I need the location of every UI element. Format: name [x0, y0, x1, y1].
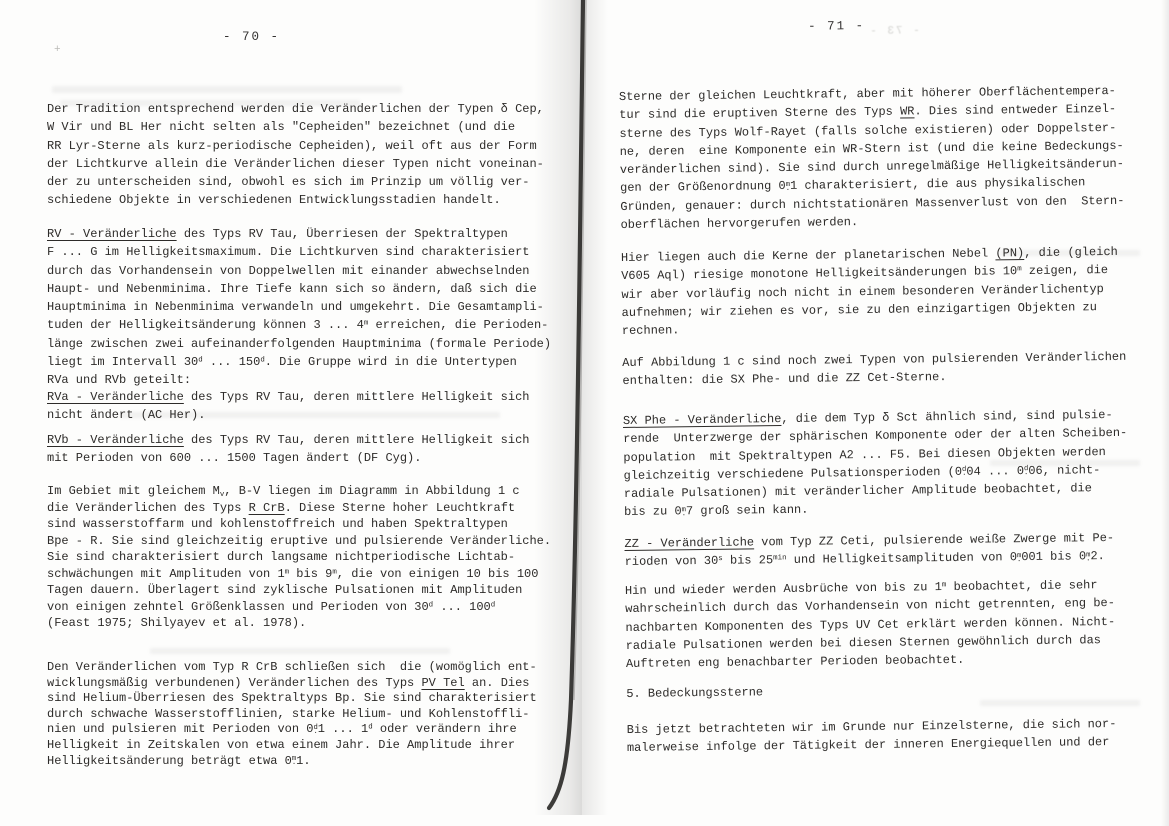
paragraph-einzelsterne: Bis jetzt betrachteten wir im Grunde nur… [627, 714, 1169, 757]
scan-mark: + [54, 44, 61, 56]
bleedthrough-smudge [120, 412, 500, 418]
book-scan: - 70 - Der Tradition entsprechend werden… [0, 0, 1169, 826]
bleedthrough-smudge [150, 648, 450, 654]
paragraph-abbildung: Auf Abbildung 1 c sind noch zwei Typen v… [622, 347, 1167, 390]
page-edge-shadow [1161, 0, 1169, 826]
section-heading: 5. Bedeckungssterne [626, 685, 763, 701]
bleedthrough-smudge [980, 700, 1140, 706]
paragraph-wr: Sterne der gleichen Leuchtkraft, aber mi… [619, 81, 1166, 234]
paragraph-pn: Hier liegen auch die Kerne der planetari… [621, 242, 1167, 340]
bleedthrough-page-number: - 73 - [868, 25, 920, 38]
bleedthrough-smudge [1000, 250, 1140, 256]
page-number-71: - 71 - [808, 19, 865, 34]
bleedthrough-smudge [60, 100, 360, 106]
paragraph-zz: ZZ - Veränderliche vom Typ ZZ Ceti, puls… [624, 528, 1169, 571]
paragraph-uvcet: Hin und wieder werden Ausbrüche von bis … [625, 575, 1169, 673]
bleedthrough-smudge [990, 460, 1140, 466]
page-71: - 71 - - 73 - Sterne der gleichen Leucht… [618, 9, 1169, 806]
bleedthrough-smudge [52, 86, 402, 93]
